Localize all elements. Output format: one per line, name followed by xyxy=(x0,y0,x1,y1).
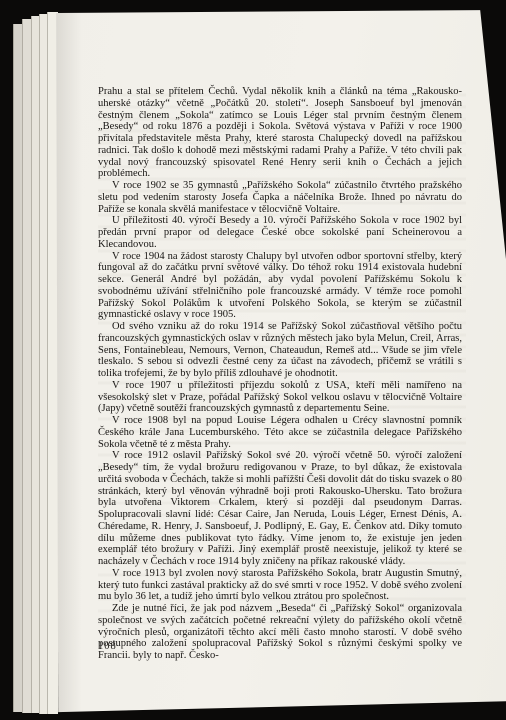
page-text-block: Prahu a stal se přítelem Čechů. Vydal ně… xyxy=(98,86,462,662)
paragraph: Prahu a stal se přítelem Čechů. Vydal ně… xyxy=(98,86,462,180)
page-edge xyxy=(47,12,58,714)
paragraph: V roce 1902 se 35 gymnastů „Pařížského S… xyxy=(98,180,462,215)
page-number: 108 xyxy=(98,641,117,652)
book-page: Prahu a stal se přítelem Čechů. Vydal ně… xyxy=(0,0,506,720)
paragraph: U příležitosti 40. výročí Besedy a 10. v… xyxy=(98,215,462,250)
paragraph: V roce 1913 byl zvolen nový starosta Pař… xyxy=(98,568,462,603)
paragraph: V roce 1904 na žádost starosty Chalupy b… xyxy=(98,251,462,322)
paragraph: V roce 1912 oslavil Pařížský Sokol své 2… xyxy=(98,450,462,568)
paragraph: V roce 1908 byl na popud Louise Légera o… xyxy=(98,415,462,450)
paragraph: Od svého vzniku až do roku 1914 se Paříž… xyxy=(98,321,462,380)
book-scan: { "doc": { "language": "cs", "page_numbe… xyxy=(0,0,506,720)
paragraph: V roce 1907 u příležitosti příjezdu soko… xyxy=(98,380,462,415)
paragraph: Zde je nutné říci, že jak pod názvem „Be… xyxy=(98,603,462,662)
